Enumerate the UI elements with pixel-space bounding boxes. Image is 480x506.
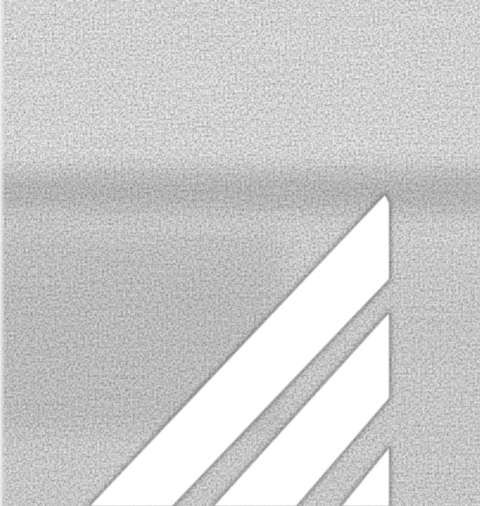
lower-shade-gradient: [0, 160, 480, 506]
left-scan-edge-strip: [0, 0, 5, 506]
halftone-logo-canvas: [0, 0, 480, 506]
scanned-logo-image: [0, 0, 480, 506]
